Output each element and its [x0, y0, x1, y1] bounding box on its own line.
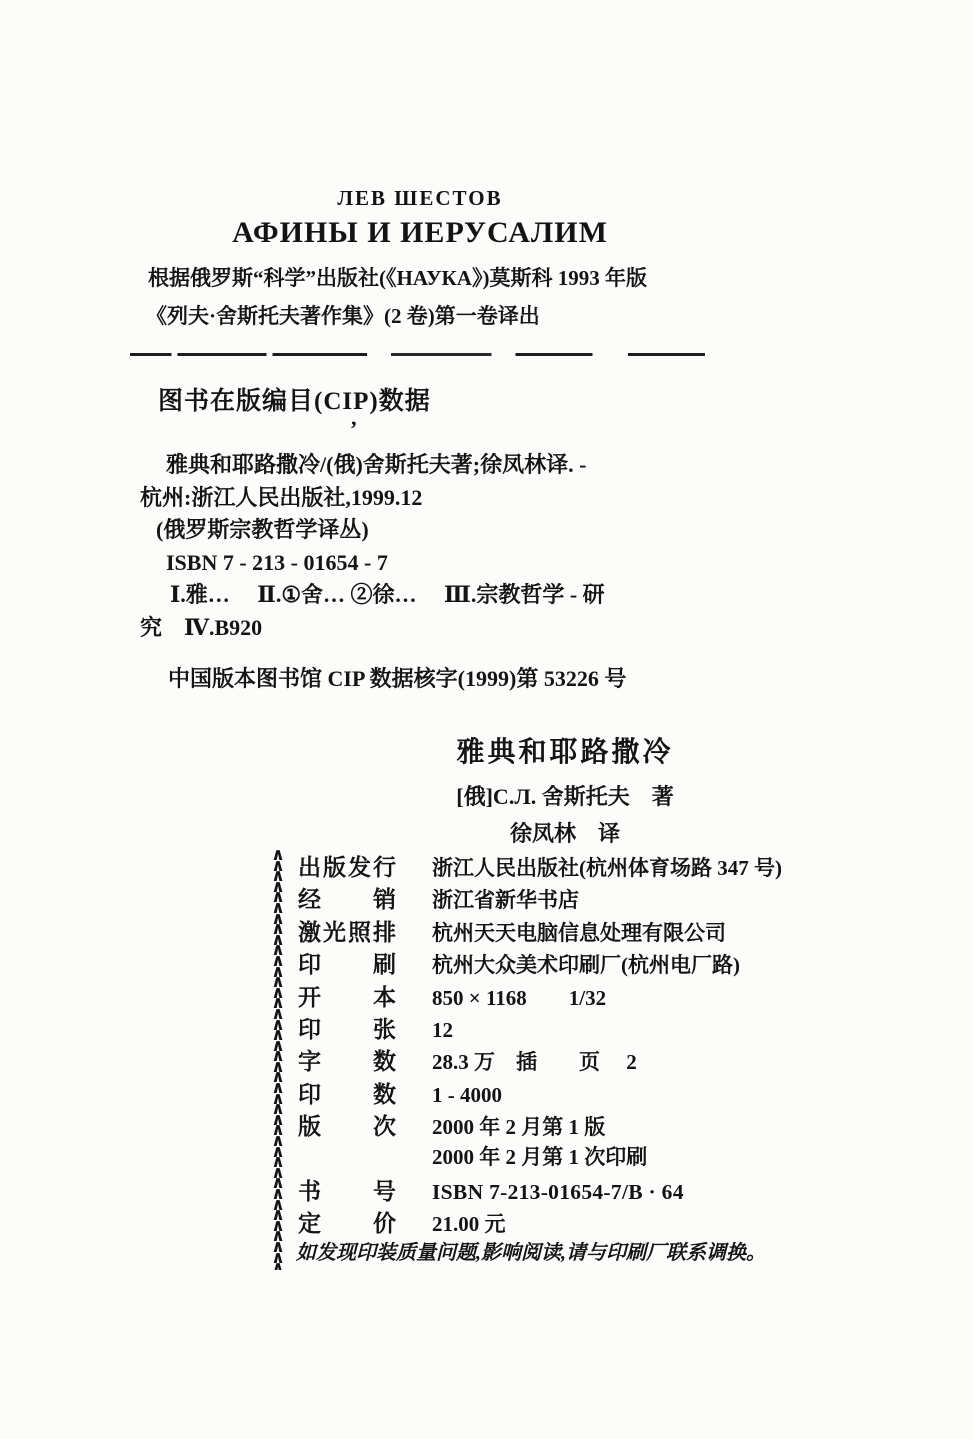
colophon-row: 2000 年 2 月第 1 次印刷 [298, 1141, 858, 1173]
source-edition-line-1: 根据俄罗斯“科学”出版社(《НАУКА》)莫斯科 1993 年版 [148, 262, 647, 292]
colophon-row-label: 定价 [298, 1205, 396, 1238]
colophon-row-value: 21.00 元 [432, 1208, 506, 1238]
print-quality-note: 如发现印装质量问题,影响阅读,请与印刷厂联系调换。 [296, 1236, 766, 1265]
ink-speck-mark: ’ [350, 416, 357, 442]
colophon-row-value: 浙江省新华书店 [432, 884, 579, 914]
colophon-row-value: 12 [432, 1018, 453, 1043]
colophon-row: 定价21.00 元 [298, 1205, 858, 1237]
cip-lines: 雅典和耶路撒冷/(俄)舍斯托夫著;徐凤林译. -杭州:浙江人民出版社,1999.… [140, 449, 760, 644]
colophon-table: 出版发行浙江人民出版社(杭州体育场路 347 号)经销浙江省新华书店激光照排杭州… [298, 849, 858, 1238]
colophon-row: 字数28.3 万 插 页 2 [298, 1043, 858, 1075]
colophon-row-label: 字数 [298, 1043, 396, 1076]
cip-line: (俄罗斯宗教哲学译丛) [140, 514, 760, 547]
horizontal-rule [130, 353, 723, 356]
colophon-row: 印数1 - 4000 [298, 1076, 858, 1108]
colophon-row-label: 印张 [298, 1011, 396, 1044]
colophon-row-label: 经销 [298, 881, 396, 914]
cip-line: 究 Ⅳ.B920 [140, 612, 760, 645]
colophon-row-value: 28.3 万 插 页 2 [432, 1046, 637, 1076]
colophon-row: 印张12 [298, 1011, 858, 1043]
cip-line: ISBN 7 - 213 - 01654 - 7 [140, 547, 760, 580]
colophon-row-value: 浙江人民出版社(杭州体育场路 347 号) [432, 852, 782, 882]
colophon-row: 印刷杭州大众美术印刷厂(杭州电厂路) [298, 946, 858, 978]
colophon-row-value: 2000 年 2 月第 1 次印刷 [432, 1141, 647, 1171]
colophon-row-label: 书号 [298, 1173, 396, 1206]
chevron-up-icon: ∧ [271, 1263, 285, 1270]
book-title-chinese: 雅典和耶路撒冷 [300, 730, 830, 770]
cip-line: Ⅰ.雅… Ⅱ.①舍… ②徐… Ⅲ.宗教哲学 - 研 [140, 579, 760, 612]
colophon-row-value: 850 × 1168 1/32 [432, 982, 606, 1012]
colophon-row-label: 开本 [298, 979, 396, 1012]
colophon-row-label: 版次 [298, 1108, 396, 1141]
colophon-row-value: 1 - 4000 [432, 1083, 502, 1108]
colophon-row: 版次2000 年 2 月第 1 版 [298, 1108, 858, 1140]
chevron-column: ∧∧∧∧∧∧∧∧∧∧∧∧∧∧∧∧∧∧∧∧∧∧∧∧∧∧∧∧∧∧∧∧∧∧∧∧∧∧∧∧ [264, 850, 292, 1270]
source-edition-line-2: 《列夫·舍斯托夫著作集》(2 卷)第一卷译出 [146, 300, 540, 330]
colophon-row-value: 2000 年 2 月第 1 版 [432, 1111, 605, 1141]
colophon-row-label: 印刷 [298, 946, 396, 979]
cip-heading: 图书在版编目(CIP)数据 [158, 381, 431, 417]
colophon-row-value: 杭州天天电脑信息处理有限公司 [432, 917, 726, 947]
colophon-row: 开本850 × 1168 1/32 [298, 979, 858, 1011]
book-copyright-page: ЛЕВ ШЕСТОВ АФИНЫ И ИЕРУСАЛИМ 根据俄罗斯“科学”出版… [0, 0, 973, 1439]
colophon-row-value: ISBN 7-213-01654-7/B · 64 [432, 1180, 684, 1205]
russian-book-title: АФИНЫ И ИЕРУСАЛИМ [0, 216, 840, 250]
colophon-row: 书号ISBN 7-213-01654-7/B · 64 [298, 1173, 858, 1205]
russian-author-name: ЛЕВ ШЕСТОВ [0, 186, 840, 211]
book-author-line: [俄]С.Л. 舍斯托夫 著 [300, 780, 830, 811]
colophon-row-label: 印数 [298, 1076, 396, 1109]
cip-line: 杭州:浙江人民出版社,1999.12 [140, 482, 760, 515]
colophon-row-label: 激光照排 [298, 914, 396, 947]
colophon-row-value: 杭州大众美术印刷厂(杭州电厂路) [432, 949, 740, 979]
book-translator-line: 徐凤林 译 [300, 817, 830, 848]
cip-registration-number: 中国版本图书馆 CIP 数据核字(1999)第 53226 号 [168, 662, 626, 693]
colophon-row: 出版发行浙江人民出版社(杭州体育场路 347 号) [298, 849, 858, 881]
colophon-row: 经销浙江省新华书店 [298, 881, 858, 913]
colophon-row: 激光照排杭州天天电脑信息处理有限公司 [298, 914, 858, 946]
cip-line: 雅典和耶路撒冷/(俄)舍斯托夫著;徐凤林译. - [140, 449, 760, 482]
colophon-row-label: 出版发行 [298, 849, 396, 882]
